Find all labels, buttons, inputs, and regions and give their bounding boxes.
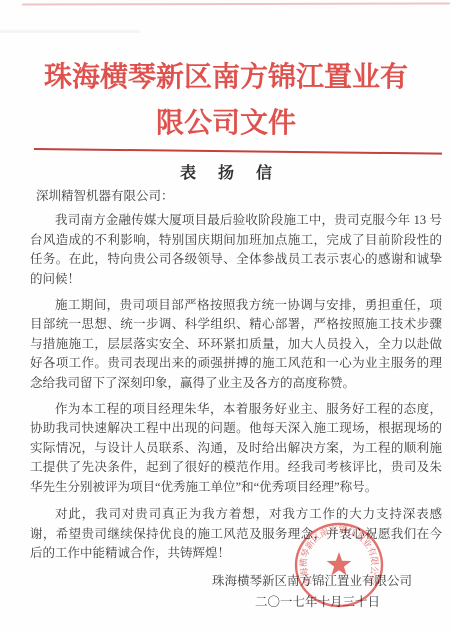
scan-artifact-smudge [0,30,140,33]
scanned-letter-page: 珠海横琴新区南方锦江置业有限公司文件 表 扬 信 深圳精智机器有限公司： 我司南… [0,0,452,633]
signature-date: 二〇一七年十月三十日 [30,593,442,612]
company-letterhead-title: 珠海横琴新区南方锦江置业有限公司文件 [38,54,414,146]
signature-block: 珠海横琴新区南方锦江置业有限公司 二〇一七年十月三十日 [30,572,442,612]
scan-artifact-top-line [22,2,450,5]
addressee-line: 深圳精智机器有限公司： [36,187,442,206]
paragraph-2: 施工期间，贵司项目部严格按照我方统一协调与安排，勇担重任，项目部统一思想、统一步… [30,296,442,393]
paragraph-3: 作为本工程的项目经理朱华，本着服务好业主、服务好工程的态度，协助我司快速解决工程… [30,400,442,497]
letter-body: 深圳精智机器有限公司： 我司南方金融传媒大厦项目最后验收阶段施工中，贵司克服今年… [30,187,442,612]
paragraph-1: 我司南方金融传媒大厦项目最后验收阶段施工中，贵司克服今年 13 号台风造成的不利… [30,211,442,289]
signature-company-name: 珠海横琴新区南方锦江置业有限公司 [30,572,442,591]
paragraph-4: 对此，我司对贵司真正为我方着想，对我方工作的大力支持深表感谢，希望贵司继续保持优… [30,505,442,563]
letterhead-divider-rule [34,148,442,155]
letter-title: 表 扬 信 [0,163,452,185]
